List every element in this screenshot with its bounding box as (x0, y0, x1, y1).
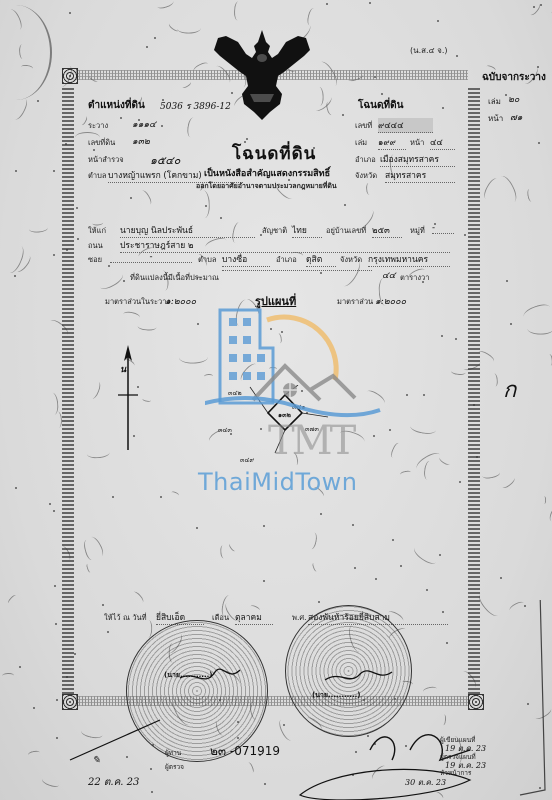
margin-book-label: เล่ม (488, 95, 501, 108)
book-value: ๑๙๙ (378, 135, 406, 150)
position-label: ตำแหน่งที่ดิน (88, 98, 145, 113)
form-code: (น.ส.๔ จ.) (410, 44, 448, 57)
road-value: ประชาราษฎร์สาย ๒ (120, 238, 450, 253)
amphoe-value: ดุสิต (306, 252, 336, 267)
sheet-label: ระวาง (88, 120, 108, 132)
address-label: อยู่บ้านเลขที่ (326, 225, 366, 237)
deed-subtitle: เป็นหนังสือสำคัญแสดงกรรมสิทธิ์ (204, 166, 330, 180)
book-label: เล่ม (355, 137, 367, 149)
survey-value: ๑๕๔๐ (150, 151, 180, 169)
margin-mark: ก (503, 372, 516, 407)
scale2-value: ๑:๒๐๐๐ (375, 294, 406, 308)
moo-value: - (432, 223, 454, 234)
owner-name: นายบุญ นิลประพันธ์ (120, 223, 255, 238)
margin-page-value: ๗๑ (510, 110, 522, 124)
subdistrict-label: ตำบล (88, 170, 106, 182)
official-label-2: ผู้ตรวจ (165, 762, 184, 772)
province-value: สมุทรสาคร (385, 168, 455, 183)
house-number: ๒๕๓ (372, 223, 402, 238)
parcel-label: เลขที่ดิน (88, 137, 115, 149)
area-label: ที่ดินแปลงนี้มีเนื้อที่ประมาณ (130, 272, 219, 284)
amphoe-label: อำเภอ (276, 254, 297, 266)
district-label: อำเภอ (355, 154, 376, 166)
paper-speck (506, 280, 508, 282)
scale-value: ๑:๒๐๐๐ (165, 294, 196, 308)
grant-label: ให้แก่ (88, 225, 106, 237)
area-value: ๔๔ (382, 268, 396, 282)
handwritten-date: 22 ต.ค. 23 (88, 775, 139, 790)
margin-book-value: ๒๐ (508, 92, 519, 106)
tambon-label: ตำบล (198, 254, 216, 266)
north-arrow-icon (118, 345, 138, 450)
tambon-value: บางซื่อ (222, 252, 270, 267)
moo-label: หมู่ที่ (410, 225, 425, 237)
area-unit: ตารางวา (400, 272, 429, 284)
right-handwritten-3: 30 ต.ค. 23 (405, 776, 446, 789)
area-lines (222, 270, 372, 271)
deed-label-right: โฉนดที่ดิน (358, 98, 403, 113)
nationality-label: สัญชาติ (262, 225, 287, 237)
nationality-value: ไทย (292, 223, 322, 238)
margin-page-label: หน้า (488, 112, 503, 125)
page-label: หน้า (410, 137, 424, 149)
deed-title: โฉนดที่ดิน (232, 140, 316, 167)
deed-number-value: ๙๔๔๔ (378, 118, 433, 133)
watermark-brand: ThaiMidTown (198, 468, 357, 496)
official-signature-left: ✎ (92, 755, 100, 766)
owner-province-label: จังหวัด (340, 254, 362, 266)
sheet-value: ๑๑๑๔ (132, 117, 156, 131)
north-label: น (120, 362, 126, 376)
survey-label: หน้าสำรวจ (88, 154, 124, 166)
issued-by: ออกโดยอาศัยอำนาจตามประมวลกฎหมายที่ดิน (196, 181, 337, 192)
soi-label: ซอย (88, 254, 102, 266)
owner-province-value: กรุงเทพมหานคร (368, 252, 450, 267)
paper-speck (37, 100, 39, 102)
paper-fiber (527, 323, 552, 335)
deed-number-label: เลขที่ (355, 120, 372, 132)
copy-stamp: ฉบับจากระวาง (482, 70, 546, 85)
road-label: ถนน (88, 240, 103, 252)
watermark-monogram: TMT (268, 418, 353, 464)
serial-number: ๒๓ -071919 (210, 742, 280, 761)
position-value: 5036 ร 3896-12 (160, 99, 231, 113)
province-label: จังหวัด (355, 170, 377, 182)
paper-fiber (546, 353, 552, 365)
soi-value: - (110, 252, 192, 263)
paper-speck (437, 20, 439, 22)
district-value: เมืองสมุทรสาคร (380, 152, 455, 167)
scale2-label: มาตราส่วน (337, 296, 373, 308)
paper-speck (53, 510, 55, 512)
paper-speck (15, 170, 17, 172)
page-value: ๔๔ (430, 135, 455, 150)
paper-speck (69, 12, 71, 14)
scale-label: มาตราส่วนในระวาง (105, 296, 170, 308)
paper-speck (456, 55, 458, 57)
parcel-value: ๑๓๒ (132, 134, 150, 148)
official-label-1: ผู้ทาน (165, 748, 181, 758)
corner-ornament (62, 68, 78, 84)
